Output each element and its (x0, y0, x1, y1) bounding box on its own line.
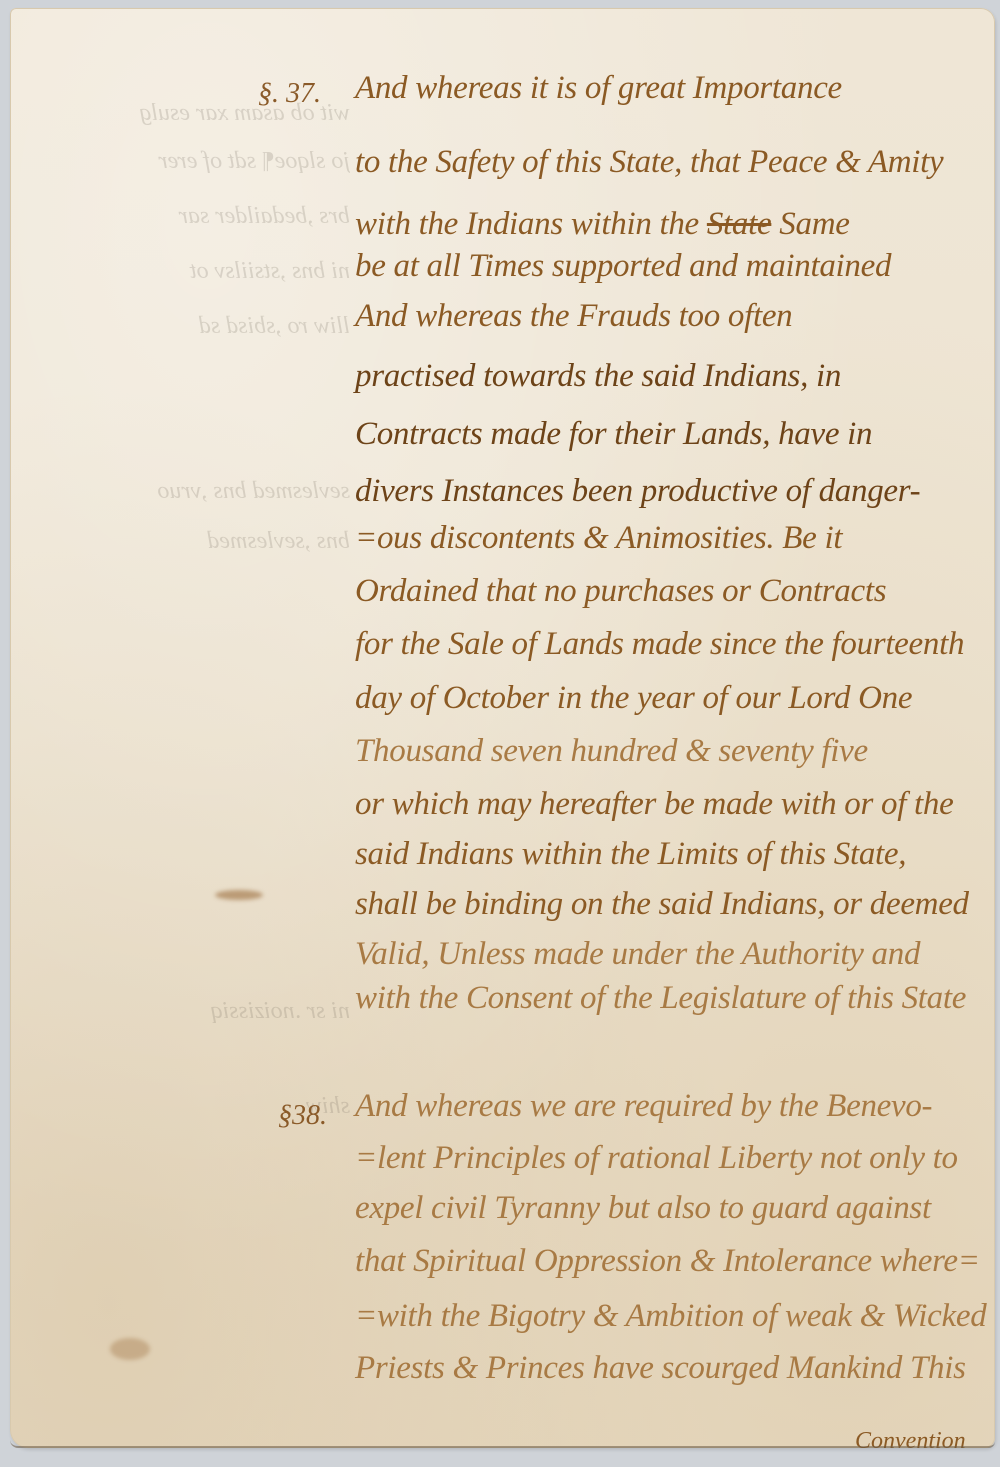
manuscript-line: or which may hereafter be made with or o… (355, 786, 995, 823)
manuscript-line: Priests & Princes have scourged Mankind … (355, 1350, 995, 1387)
bleed-through-text: bns ,sevlesmed (50, 528, 350, 555)
section-number-38: §38. (278, 1100, 327, 1132)
bleed-through-text: sevlesmed bns ,vruo (50, 478, 350, 505)
manuscript-text: with the Indians within the (355, 206, 707, 242)
manuscript-line: with the Consent of the Legislature of t… (355, 980, 995, 1017)
section-number-37: §. 37. (258, 78, 321, 110)
bleed-through-text: ni sr .noizissiq (50, 998, 350, 1025)
manuscript-line: practised towards the said Indians, in (355, 358, 995, 395)
manuscript-line: Valid, Unless made under the Authority a… (355, 936, 995, 973)
manuscript-line: be at all Times supported and maintained (355, 248, 995, 285)
bleed-through-text: ni bns ,stsiilsv ot (50, 258, 350, 285)
manuscript-line: divers Instances been productive of dang… (355, 473, 995, 510)
ink-stain (110, 1338, 150, 1360)
manuscript-line: And whereas it is of great Importance (355, 70, 995, 107)
manuscript-line: Thousand seven hundred & seventy five (355, 733, 995, 770)
manuscript-line: And whereas we are required by the Benev… (355, 1088, 995, 1125)
manuscript-line: And whereas the Frauds too often (355, 298, 995, 335)
ink-stain (215, 890, 263, 900)
manuscript-line: =lent Principles of rational Liberty not… (355, 1140, 995, 1177)
manuscript-line: with the Indians within the State Same (355, 206, 995, 243)
manuscript-line: =ous discontents & Animosities. Be it (355, 520, 995, 557)
struck-word: State (707, 206, 771, 242)
catchword: Convention (855, 1428, 966, 1455)
bleed-through-text: brs ,bedailder sar (50, 203, 350, 230)
inserted-word: Same (779, 206, 849, 242)
manuscript-line: to the Safety of this State, that Peace … (355, 144, 995, 181)
manuscript-line: day of October in the year of our Lord O… (355, 680, 995, 717)
manuscript-page: wit ob asam xar esulg jo slqoe¶ sdt of e… (10, 8, 995, 1448)
manuscript-line: for the Sale of Lands made since the fou… (355, 626, 995, 663)
manuscript-line: shall be binding on the said Indians, or… (355, 886, 995, 923)
manuscript-line: Contracts made for their Lands, have in (355, 416, 995, 453)
manuscript-line: Ordained that no purchases or Contracts (355, 573, 995, 610)
manuscript-line: said Indians within the Limits of this S… (355, 836, 995, 873)
manuscript-line: expel civil Tyranny but also to guard ag… (355, 1190, 995, 1227)
bleed-through-text: jo slqoe¶ sdt of erer (50, 148, 350, 175)
manuscript-line: that Spiritual Oppression & Intolerance … (355, 1243, 995, 1280)
manuscript-line: =with the Bigotry & Ambition of weak & W… (355, 1298, 995, 1335)
bleed-through-text: lliw ro ,sbisd sd (50, 313, 350, 340)
